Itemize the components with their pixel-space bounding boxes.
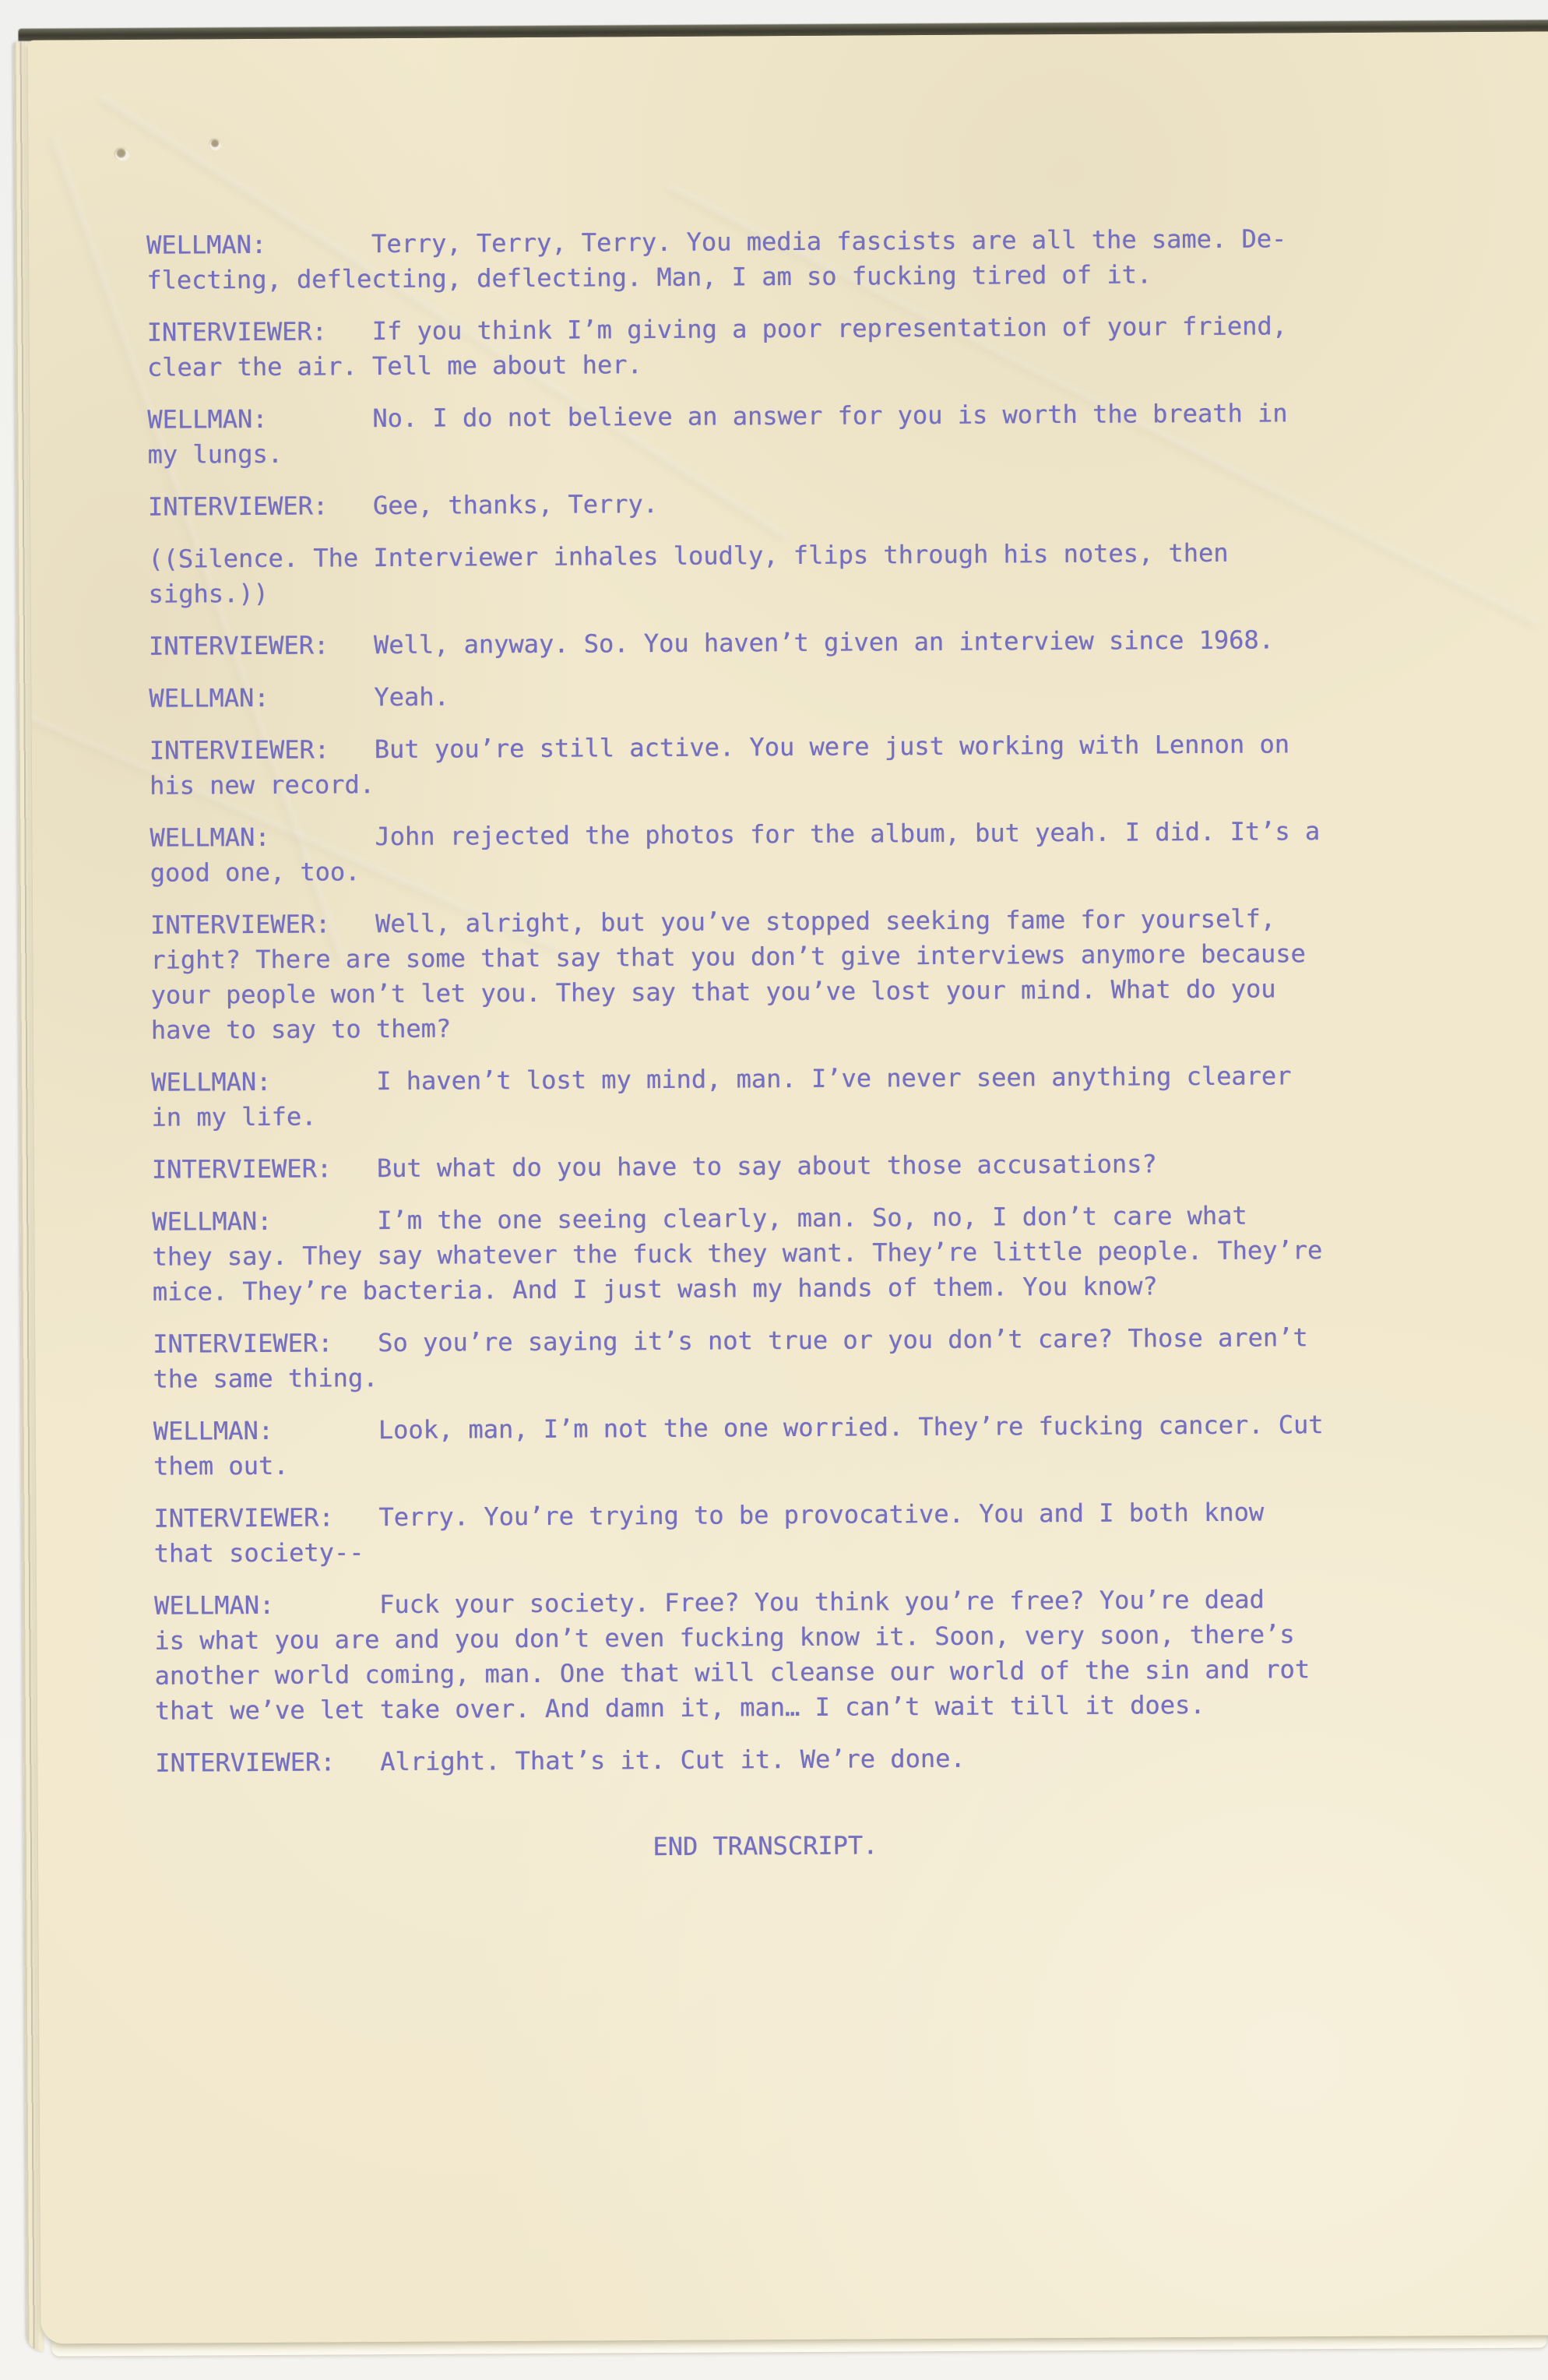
transcript-paragraph: WELLMAN: No. I do not believe an answer …	[147, 396, 1367, 473]
transcript-paragraph: WELLMAN: Terry, Terry, Terry. You media …	[146, 221, 1366, 298]
transcript: WELLMAN: Terry, Terry, Terry. You media …	[146, 221, 1375, 1868]
pinhole-left	[115, 149, 128, 160]
transcript-paragraph: WELLMAN: Fuck your society. Free? You th…	[154, 1582, 1374, 1729]
transcript-paragraph: INTERVIEWER: But you’re still active. Yo…	[150, 727, 1369, 804]
transcript-paragraph: ((Silence. The Interviewer inhales loudl…	[148, 535, 1367, 612]
transcript-paragraphs: WELLMAN: Terry, Terry, Terry. You media …	[146, 221, 1374, 1781]
transcript-paragraph: WELLMAN: Look, man, I’m not the one worr…	[153, 1407, 1373, 1484]
scan-background: { "page": { "kind": "typewritten intervi…	[0, 0, 1548, 2380]
transcript-paragraph: INTERVIEWER: Alright. That’s it. Cut it.…	[155, 1739, 1374, 1781]
transcript-paragraph: WELLMAN: I haven’t lost my mind, man. I’…	[151, 1058, 1370, 1135]
paper-sheet: WELLMAN: Terry, Terry, Terry. You media …	[27, 31, 1548, 2343]
transcript-paragraph: INTERVIEWER: Well, alright, but you’ve s…	[150, 901, 1370, 1048]
transcript-paragraph: WELLMAN: Yeah.	[149, 674, 1368, 716]
transcript-paragraph: INTERVIEWER: So you’re saying it’s not t…	[153, 1320, 1372, 1397]
transcript-paragraph: INTERVIEWER: Well, anyway. So. You haven…	[149, 622, 1368, 664]
transcript-paragraph: INTERVIEWER: Terry. You’re trying to be …	[153, 1495, 1373, 1572]
transcript-paragraph: WELLMAN: John rejected the photos for th…	[150, 814, 1369, 891]
transcript-paragraph: INTERVIEWER: But what do you have to say…	[152, 1146, 1371, 1188]
transcript-paragraph: INTERVIEWER: If you think I’m giving a p…	[147, 308, 1367, 386]
end-transcript-marker: END TRANSCRIPT.	[156, 1825, 1375, 1868]
transcript-paragraph: WELLMAN: I’m the one seeing clearly, man…	[152, 1198, 1372, 1310]
paper-stack: WELLMAN: Terry, Terry, Terry. You media …	[27, 31, 1548, 2343]
pinhole-right	[209, 138, 222, 150]
transcript-paragraph: INTERVIEWER: Gee, thanks, Terry.	[148, 483, 1367, 525]
